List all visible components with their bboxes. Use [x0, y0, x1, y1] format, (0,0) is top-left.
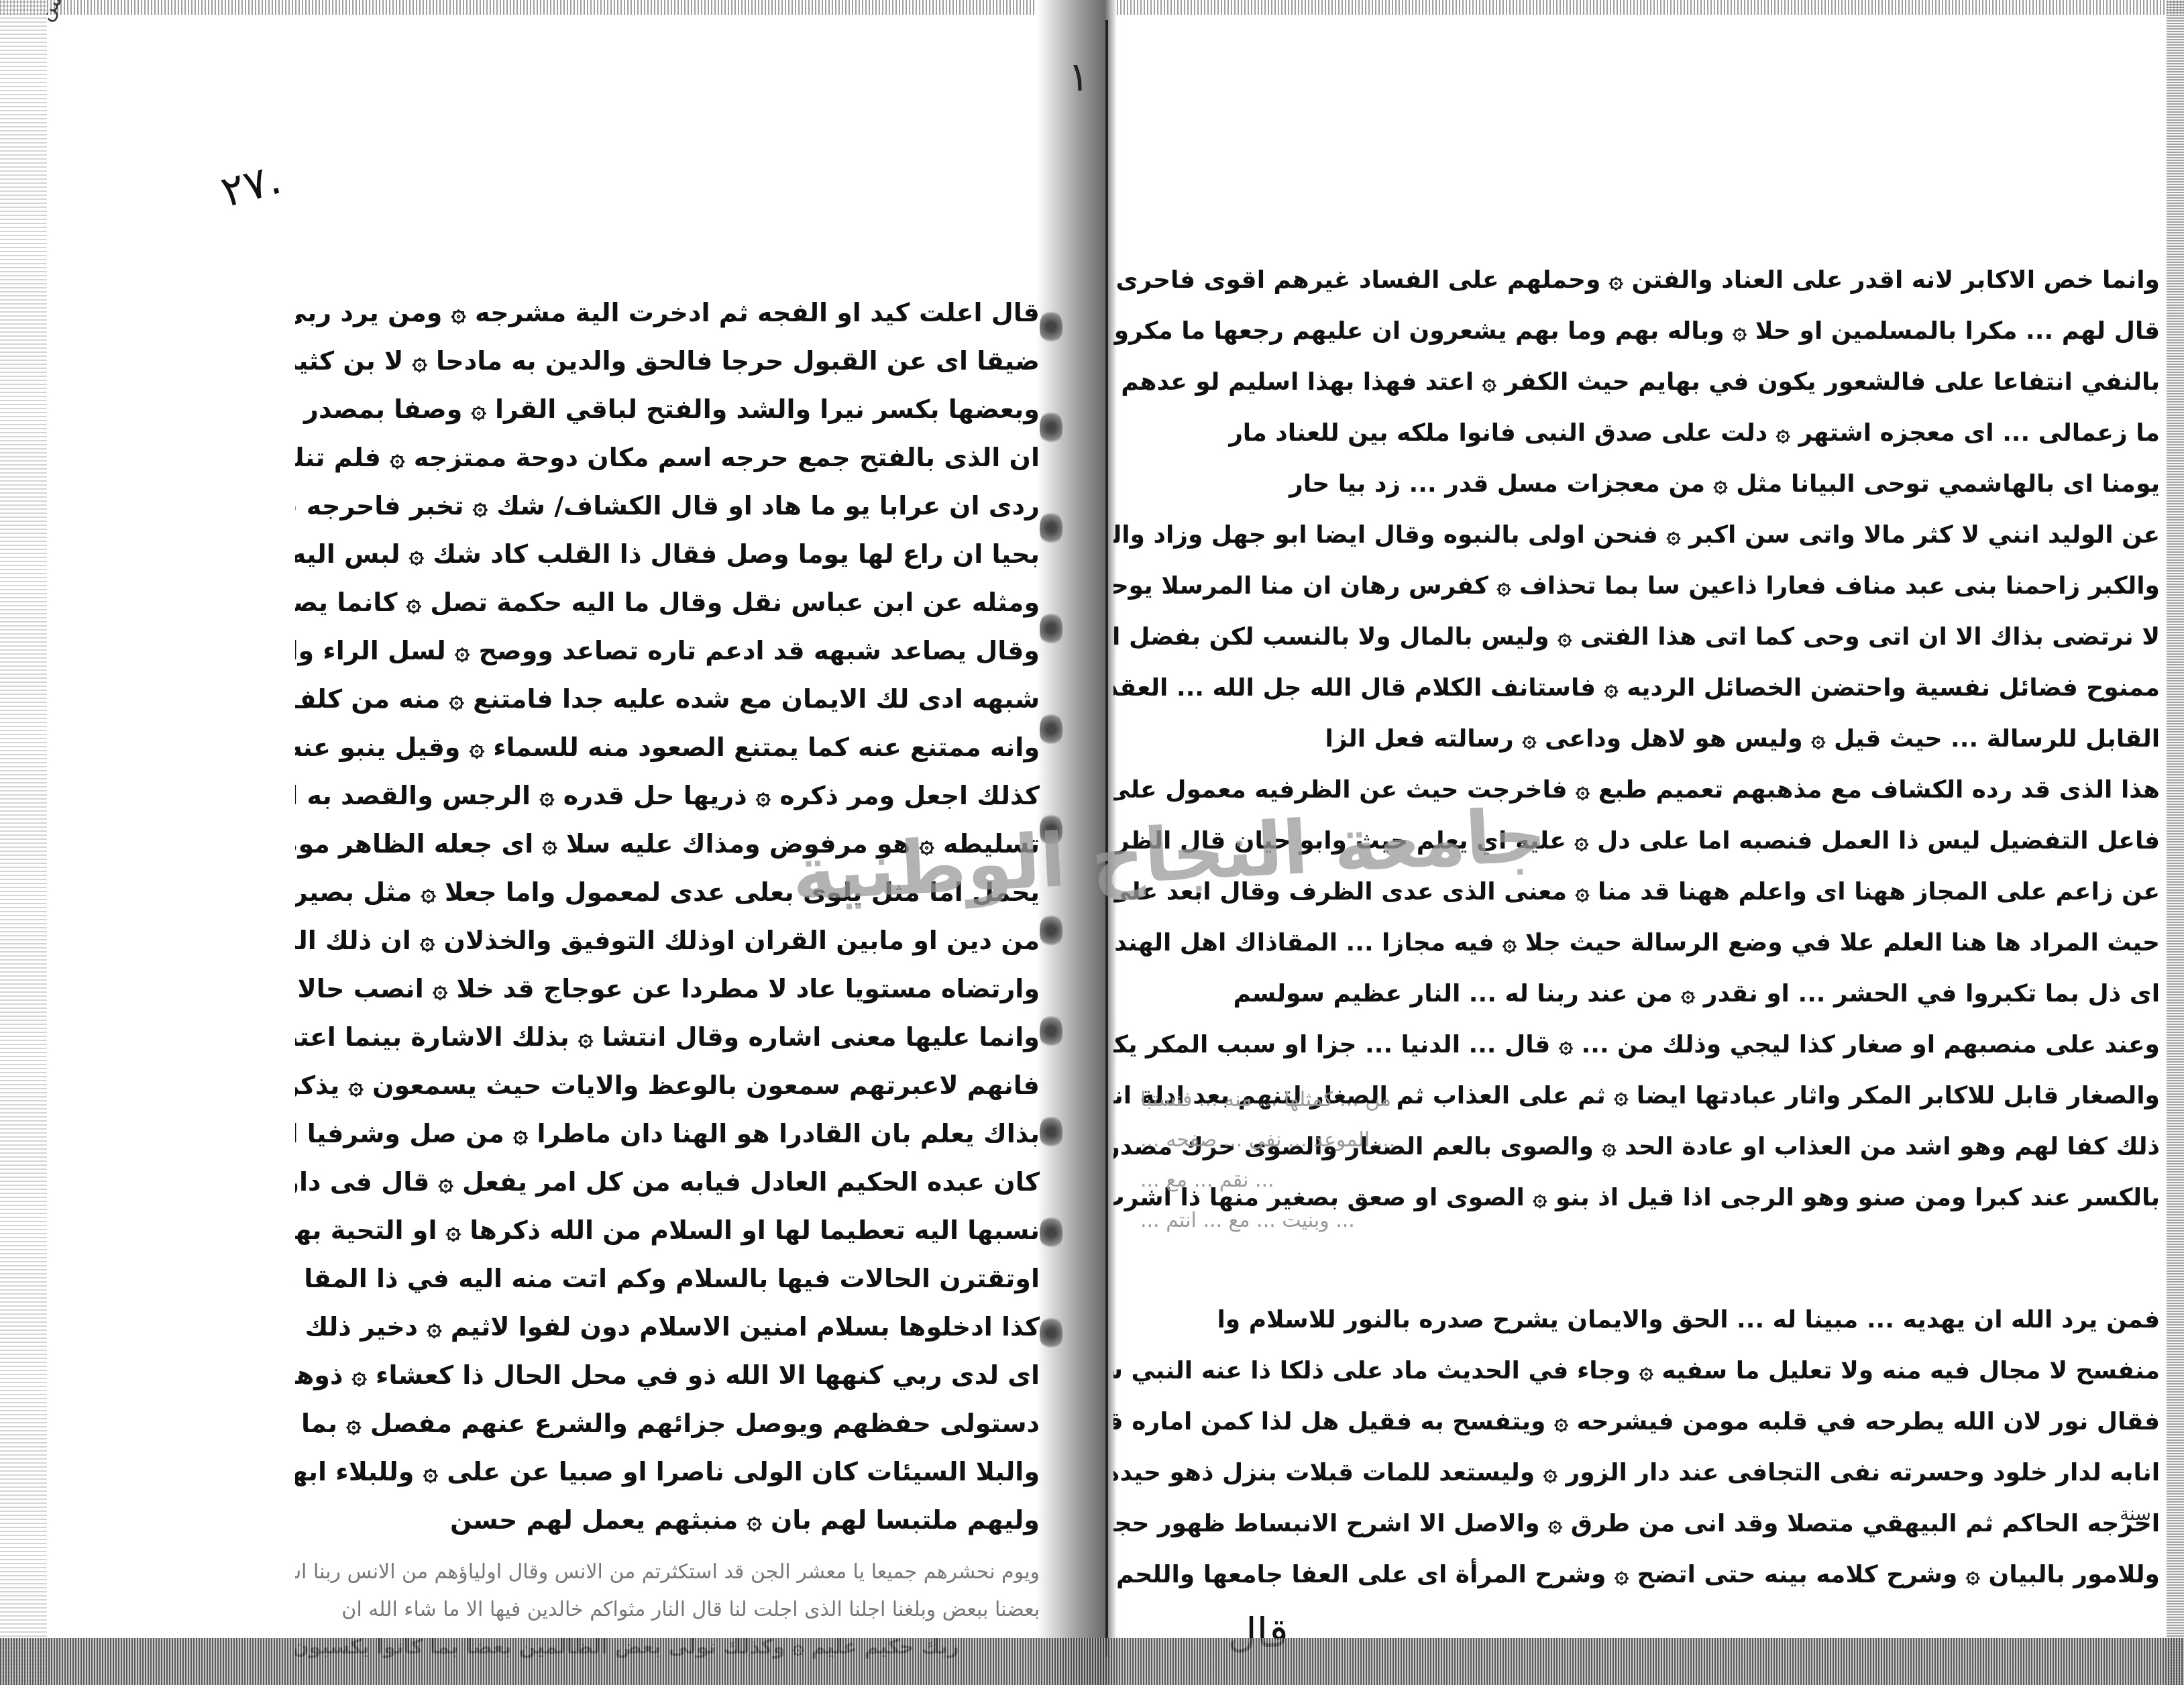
manuscript-line: كذا ادخلوها بسلام امنين الاسلام دون لفوا…	[295, 1303, 1040, 1351]
footer-line: بعضنا ببعض وبلغنا اجلنا الذى اجلت لنا قا…	[295, 1591, 1040, 1629]
manuscript-line: انابه لدار خلود وحسرته نفى التجافى عند د…	[1113, 1448, 2160, 1499]
manuscript-line: فانهم لاعبرتهم سمعون بالوعظ والايات حيث …	[295, 1061, 1040, 1109]
faded-line: ... الموعد ... نفي ... صفحه ...	[1140, 1120, 2012, 1160]
verse-marker-icon	[1040, 1113, 1062, 1150]
manuscript-line: بحيا ان راع لها يوما وصل فقال ذا القلب ك…	[295, 530, 1040, 578]
scan-edge-right	[2167, 0, 2184, 1685]
folio-mark: ١	[1068, 54, 1089, 101]
manuscript-line: فمن يرد الله ان يهديه ... مبينا له ... ا…	[1113, 1295, 2160, 1346]
verse-marker-icon	[1040, 912, 1062, 948]
manuscript-line: ردى ان عرابا يو ما هاد او قال الكشاف/ شك…	[295, 482, 1040, 530]
manuscript-line: القابل للرسالة ... حيث قيل ۞ وليس هو لاه…	[1113, 714, 2160, 765]
scan-edge-left	[0, 0, 47, 1685]
manuscript-line: ومثله عن ابن عباس نقل وقال ما اليه حكمة …	[295, 578, 1040, 627]
manuscript-line: وليهم ملتبسا لهم بان ۞ منبثهم يعمل لهم ح…	[295, 1496, 1040, 1544]
manuscript-line: لا نرتضى بذاك الا ان اتى وحى كما اتى هذا…	[1113, 612, 2160, 663]
verse-marker-icon	[1040, 510, 1062, 546]
verse-marker-icon	[1040, 1214, 1062, 1250]
manuscript-line: بالنفي انتفاعا على فالشعور يكون في بهايم…	[1113, 357, 2160, 408]
manuscript-line: وانما عليها معنى اشاره وقال انتشا ۞ بذلك…	[295, 1013, 1040, 1061]
footer-line: ويوم نحشرهم جميعا يا معشر الجن قد استكثر…	[295, 1554, 1040, 1591]
manuscript-line: قال لهم ... مكرا بالمسلمين او حلا ۞ وبال…	[1113, 306, 2160, 357]
faded-line: ... وبنيت ... مع ... انتم ...	[1140, 1201, 2012, 1241]
scan-edge-bottom	[0, 1638, 2184, 1685]
manuscript-line: قال اعلت كيد او الفجه ثم ادخرت الية مشرج…	[295, 288, 1040, 337]
manuscript-line: دستولى حفظهم ويوصل جزائهم والشرع عنهم مف…	[295, 1399, 1040, 1448]
manuscript-line: وللامور بالبيان ۞ وشرح كلامه بينه حتى ات…	[1113, 1550, 2160, 1600]
page-number-mark: ٢٧.	[216, 154, 286, 218]
verse-marker-icon	[1040, 610, 1062, 647]
manuscript-line: ما زعمالى ... اى معجزه اشتهر ۞ دلت على ص…	[1113, 408, 2160, 459]
left-page: قال اعلت كيد او الفجه ثم ادخرت الية مشرج…	[295, 288, 1040, 1666]
manuscript-line: ممنوح فضائل نفسية واحتضن الخصائل الرديه …	[1113, 663, 2160, 714]
verse-marker-icon	[1040, 309, 1062, 345]
manuscript-line: والبلا السيئات كان الولى ناصرا او صبيا ع…	[295, 1448, 1040, 1496]
margin-note: سنة	[2120, 1503, 2151, 1525]
manuscript-line: وانه ممتنع عنه كما يمتنع الصعود منه للسم…	[295, 723, 1040, 771]
manuscript-line: كان عبده الحكيم العادل فيابه من كل امر ي…	[295, 1158, 1040, 1206]
manuscript-line: حيث المراد ها هنا العلم علا في وضع الرسا…	[1113, 918, 2160, 969]
manuscript-line: وعند على منصبهم او صغار كذا ليجي وذلك من…	[1113, 1020, 2160, 1071]
manuscript-line: وبعضها بكسر نيرا والشد والفتح لباقي القر…	[295, 385, 1040, 433]
manuscript-line: يومنا اى بالهاشمي توحى البيانا مثل ۞ من …	[1113, 459, 2160, 510]
faded-line: ... نقم ... مع ...	[1140, 1160, 2012, 1201]
manuscript-line: والكبر زاحمنا بنى عبد مناف فعارا ذاعين س…	[1113, 561, 2160, 612]
manuscript-line: عن الوليد انني لا كثر مالا واتى سن اكبر …	[1113, 510, 2160, 561]
manuscript-line: ضيقا اى عن القبول حرجا فالحق والدين به م…	[295, 337, 1040, 385]
verse-marker-icon	[1040, 711, 1062, 747]
manuscript-line: وقال يصاعد شبهه قد ادعم تاره تصاعد ووصح …	[295, 627, 1040, 675]
manuscript-line: ان الذى بالفتح جمع حرجه اسم مكان دوحة مم…	[295, 433, 1040, 482]
manuscript-line: كذلك اجعل ومر ذكره ۞ ذريها حل قدره ۞ الر…	[295, 771, 1040, 820]
manuscript-line: بذاك يعلم بان القادرا هو الهنا دان ماطرا…	[295, 1109, 1040, 1158]
manuscript-line: نسبها اليه تعطيما لها او السلام من الله …	[295, 1206, 1040, 1254]
manuscript-line: فقال نور لان الله يطرحه في قلبه مومن فيش…	[1113, 1397, 2160, 1448]
faded-text-block: من ... كمثلها ... منه ... فنستبا ... الم…	[1140, 1080, 2012, 1268]
faded-line: من ... كمثلها ... منه ... فنستبا	[1140, 1080, 2012, 1120]
verse-marker-icon	[1040, 409, 1062, 445]
manuscript-line: وانما خص الاكابر لانه اقدر على العناد وا…	[1113, 255, 2160, 306]
verse-marker-icon	[1040, 1315, 1062, 1351]
manuscript-line: اى لدى ربي كنهها الا الله ذو في محل الحا…	[295, 1351, 1040, 1399]
verse-marker-icon	[1040, 1013, 1062, 1049]
manuscript-line: شبهه ادى لك الايمان مع شده عليه جدا فامت…	[295, 675, 1040, 723]
manuscript-line: اوتقترن الحالات فيها بالسلام وكم اتت منه…	[295, 1254, 1040, 1303]
right-page-lower: فمن يرد الله ان يهديه ... مبينا له ... ا…	[1113, 1295, 2160, 1600]
manuscript-line: وارتضاه مستويا عاد لا مطردا عن عوجاج قد …	[295, 965, 1040, 1013]
manuscript-line: من دين او مابين القران اوذلك التوفيق وال…	[295, 916, 1040, 965]
manuscript-line: منفسح لا مجال فيه منه ولا تعليل ما سفيه …	[1113, 1346, 2160, 1397]
manuscript-line: احرجه الحاكم ثم البيهقي متصلا وقد انى من…	[1113, 1499, 2160, 1550]
manuscript-line: اى ذل بما تكبروا في الحشر ... او نقدر ۞ …	[1113, 969, 2160, 1020]
right-page: وانما خص الاكابر لانه اقدر على العناد وا…	[1113, 255, 2160, 1224]
